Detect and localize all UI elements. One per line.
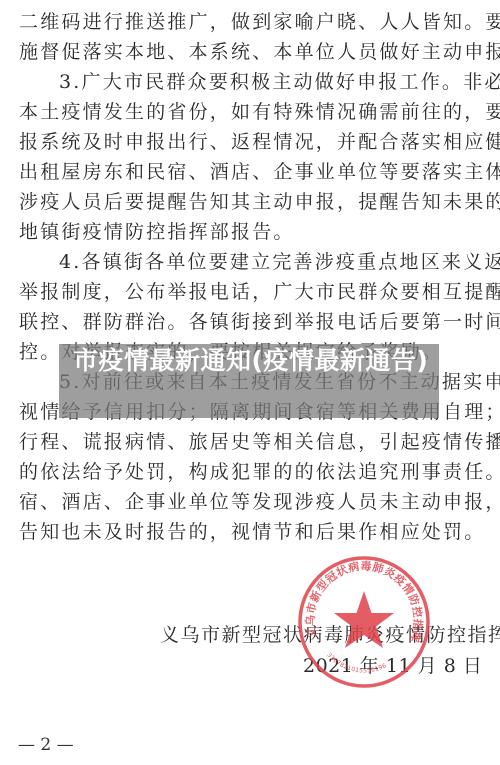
text-line: 联控、群防群治。各镇街接到举报电话后要第一时间进行核查管 <box>19 307 484 337</box>
text-line: 本土疫情发生的省份，如有特殊情况确需前往的，要通过自主申 <box>19 97 484 127</box>
text-line: 地镇街疫情防控指挥部报告。 <box>19 217 484 247</box>
text-line: 告知也未及时报告的，视情节和后果作相应处罚。 <box>19 517 484 547</box>
text-line: 的依法给予处罚，构成犯罪的的依法追究刑事责任。出租户、民 <box>19 457 484 487</box>
page-number: — 2 — <box>18 735 74 755</box>
title-overlay-banner: 市疫情最新通知(疫情最新通告) <box>59 344 439 418</box>
overlay-title: 市疫情最新通知(疫情最新通告) <box>73 346 433 376</box>
text-line: 涉疫人员后要提醒告知其主动申报，提醒告知未果的要及时向属 <box>19 187 484 217</box>
text-line: 施督促落实本地、本系统、本单位人员做好主动申报工作。 <box>19 37 484 67</box>
text-line: 报系统及时申报出行、返程情况，并配合落实相应健康管理措施。 <box>19 127 484 157</box>
text-line: 举报制度，公布举报电话，广大市民群众要相互提醒，做到联防 <box>19 277 484 307</box>
document-page: 二维码进行推送推广，做到家喻户晓、人人皆知。要采取有效措 施督促落实本地、本系统… <box>0 0 500 765</box>
issue-date: 2021 年 11 月 8 日 <box>303 651 482 678</box>
issuer-signature: 义乌市新型冠状病毒肺炎疫情防控指挥部 <box>160 620 500 647</box>
text-line: 行程、谎报病情、旅居史等相关信息，引起疫情传播或传播风险 <box>19 427 484 457</box>
text-line: 出租屋房东和民宿、酒店、企事业单位等要落实主体责任，发现 <box>19 157 484 187</box>
text-line-item-3: 3.广大市民群众要积极主动做好申报工作。非必要不前往有 <box>59 67 484 97</box>
text-line: 宿、酒店、企事业单位等发现涉疫人员未主动申报，未及时提醒 <box>19 487 484 517</box>
text-line: 二维码进行推送推广，做到家喻户晓、人人皆知。要采取有效措 <box>19 7 484 37</box>
text-line-item-4: 4.各镇街各单位要建立完善涉疫重点地区来义返义人员的 <box>59 247 484 277</box>
